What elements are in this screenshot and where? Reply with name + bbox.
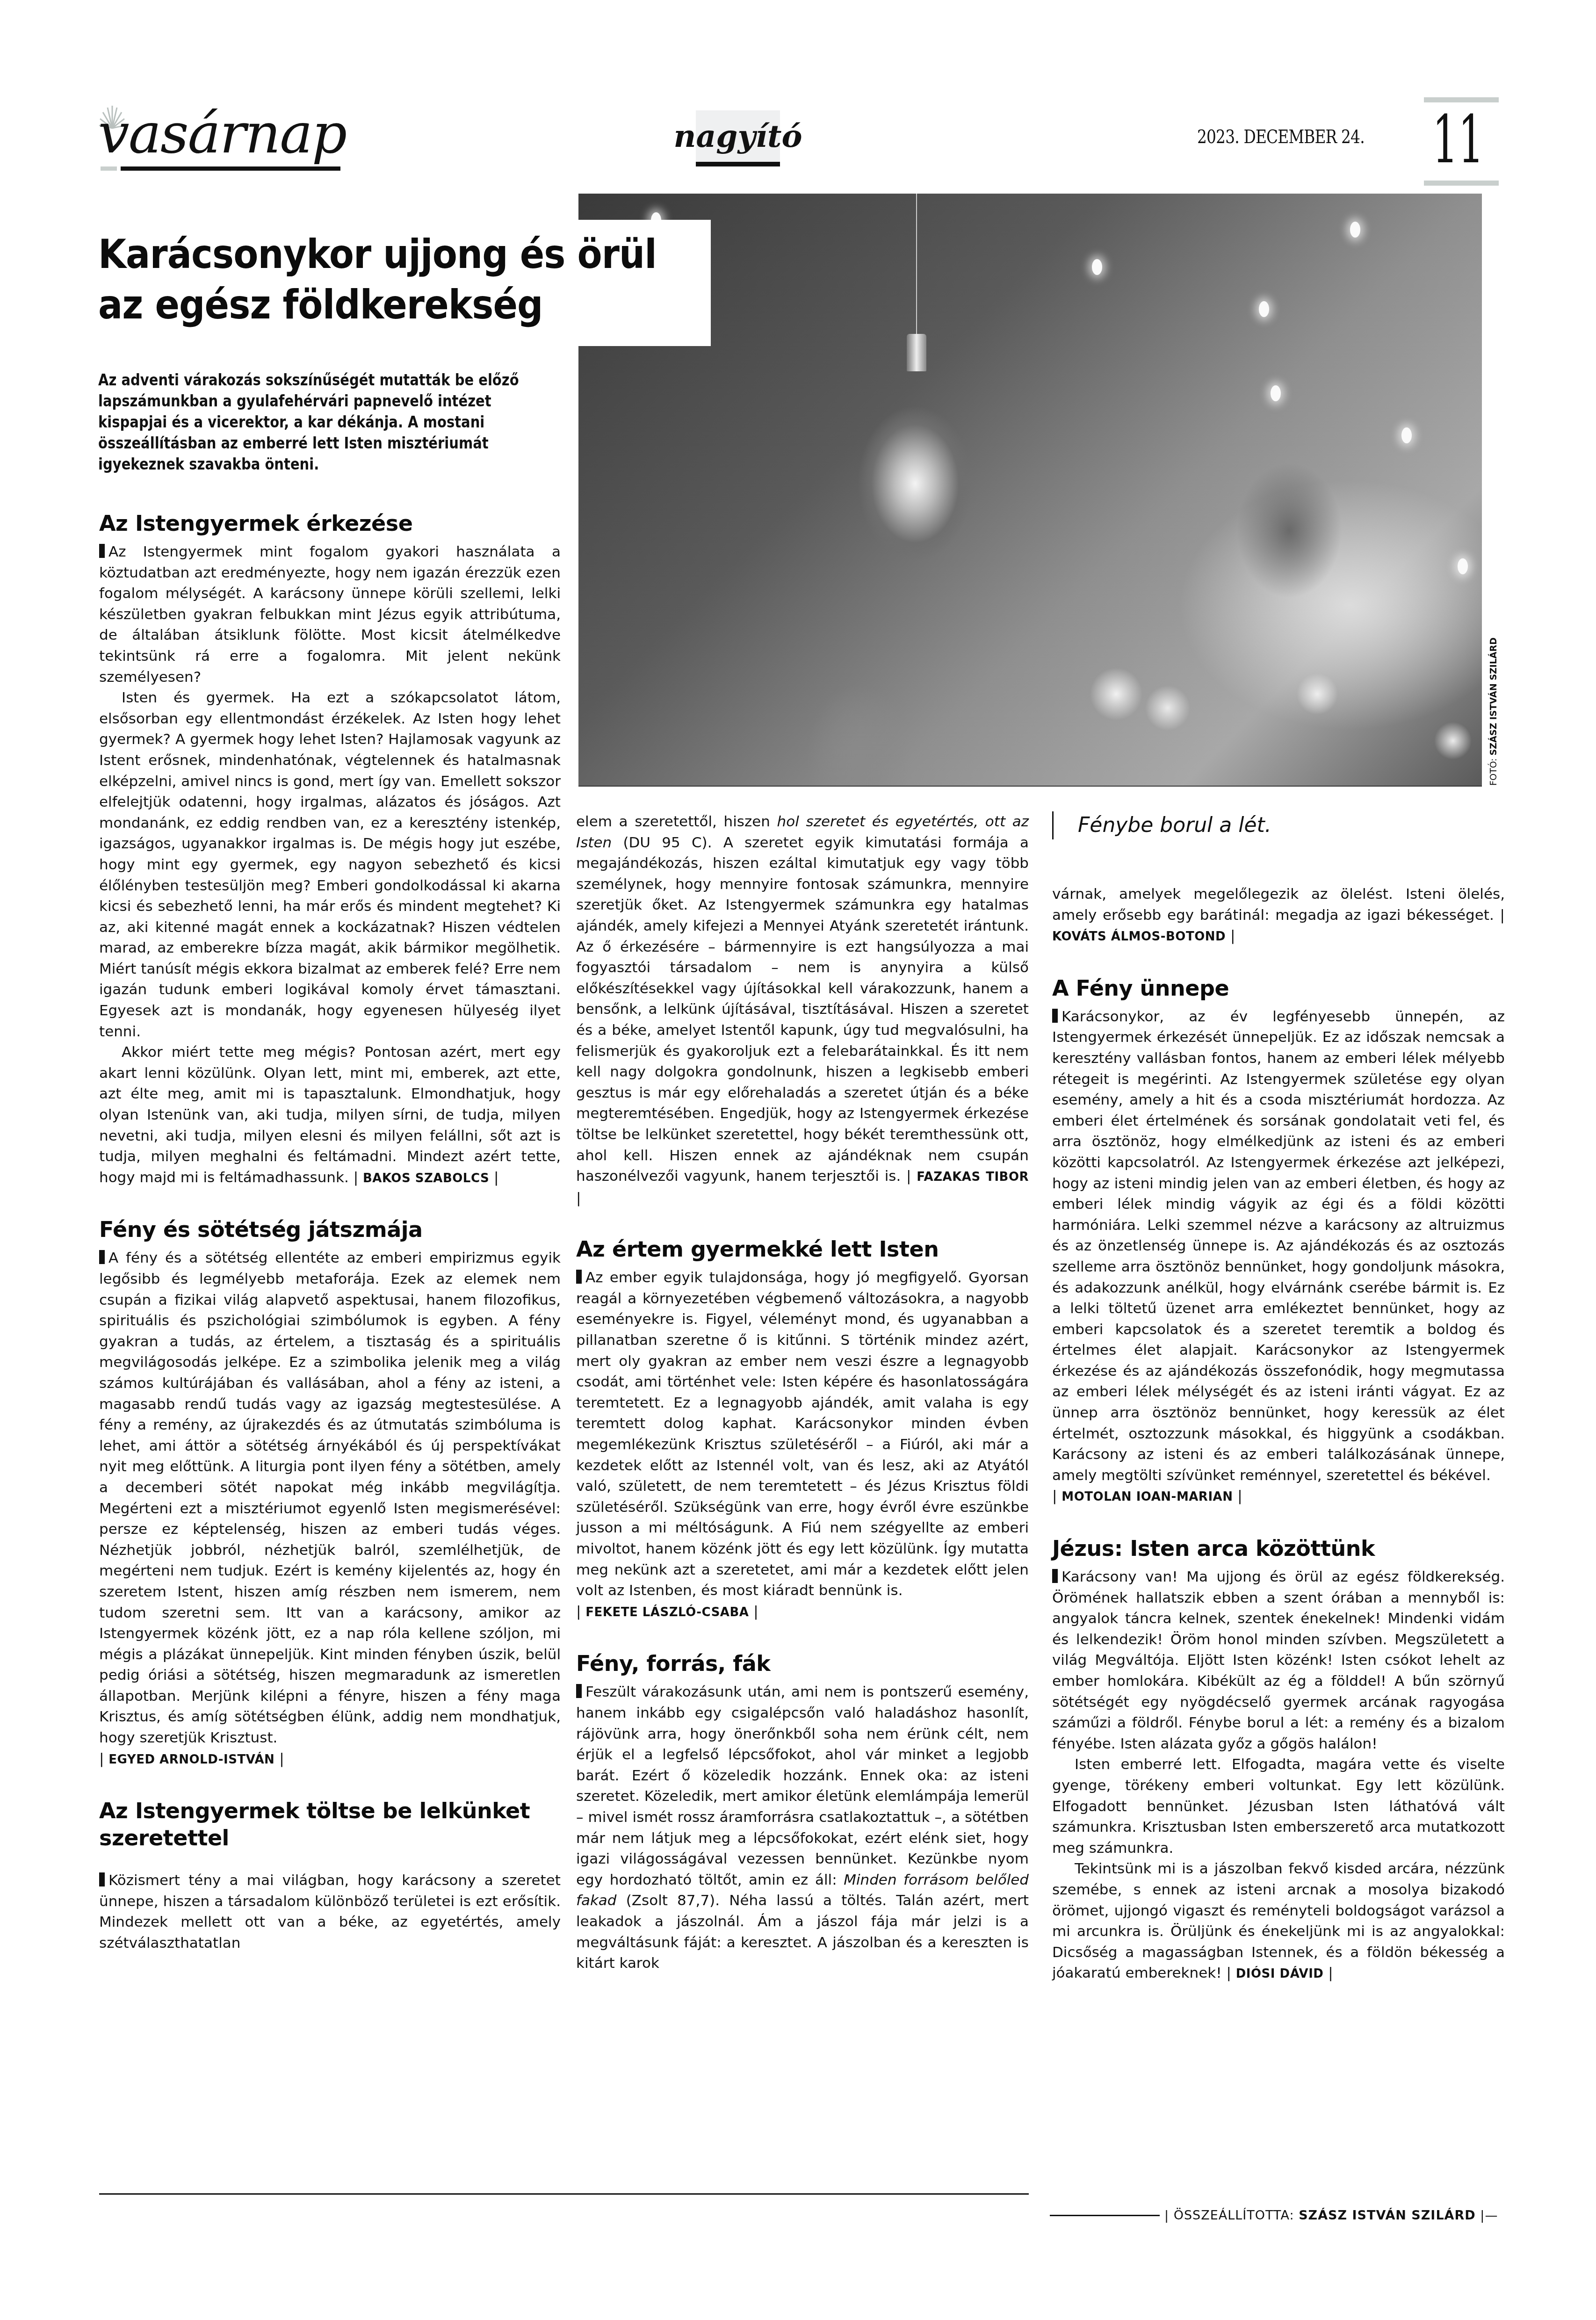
masthead-rule	[121, 166, 340, 171]
masthead-rule-grey	[101, 166, 117, 171]
author-byline: EGYED ARNOLD-ISTVÁN	[108, 1753, 274, 1767]
section-heading: Az Istengyermek töltse be lelkünket szer…	[99, 1797, 561, 1851]
compiled-label: ÖSSZEÁLLÍTOTTA:	[1174, 2208, 1294, 2223]
paragraph-marker-icon	[1052, 1569, 1058, 1583]
fairy-light	[1259, 301, 1269, 317]
headline: Karácsonykor ujjong és örül az egész föl…	[98, 229, 657, 330]
byline-line: | FEKETE LÁSZLÓ-CSABA |	[576, 1601, 1029, 1623]
paragraph: Tekintsünk mi is a jászolban fekvő kisde…	[1052, 1858, 1505, 1985]
headline-line-2: az egész földkerekség	[98, 282, 543, 328]
column-2: elem a szeretettől, hiszen hol szeretet …	[576, 811, 1029, 1974]
christmas-ornament-photo	[578, 194, 1482, 787]
byline-line: | MOTOLAN IOAN-MARIAN |	[1052, 1486, 1505, 1508]
headline-line-1: Karácsonykor ujjong és örül	[98, 231, 657, 278]
section-heading: Az Istengyermek érkezése	[99, 510, 561, 537]
fairy-light	[1092, 259, 1102, 275]
page-number: 11	[1432, 108, 1484, 173]
section-feny-es-sotetseg: Fény és sötétség játszmája A fény és a s…	[99, 1216, 561, 1770]
paragraph-continued: várnak, amelyek megelőlegezik az ölelést…	[1052, 884, 1505, 947]
bottom-rule-left	[99, 2193, 1029, 2195]
headline-box: Karácsonykor ujjong és örül az egész föl…	[89, 220, 711, 346]
compiled-name: SZÁSZ ISTVÁN SZILÁRD	[1299, 2208, 1476, 2223]
fairy-light	[1401, 427, 1412, 443]
paragraph: Isten emberré lett. Elfogadta, magára ve…	[1052, 1754, 1505, 1858]
section-heading: Az értem gyermekké lett Isten	[576, 1236, 1029, 1263]
pull-quote: Fénybe borul a lét.	[1052, 811, 1271, 839]
author-byline: KOVÁTS ÁLMOS-BOTOND	[1052, 930, 1226, 944]
section-jezus-isten-arca: Jézus: Isten arca közöttünk Karácsony va…	[1052, 1535, 1505, 1985]
paragraph: Az Istengyermek mint fogalom gyakori has…	[99, 542, 561, 687]
photo-credit-label: FOTÓ:	[1488, 758, 1499, 786]
section-tag: nagyító	[696, 110, 780, 166]
paragraph-continued: elem a szeretettől, hiszen hol szeretet …	[576, 811, 1029, 1208]
column-3: várnak, amelyek megelőlegezik az ölelést…	[1052, 884, 1505, 1985]
paragraph: Karácsonykor, az év legfényesebb ünnepén…	[1052, 1006, 1505, 1486]
masthead: vasárnap	[98, 104, 341, 165]
section-feny-forras-fak: Fény, forrás, fák Feszült várakozásunk u…	[576, 1650, 1029, 1973]
author-byline: BAKOS SZABOLCS	[363, 1171, 489, 1185]
section-heading: Fény és sötétség játszmája	[99, 1216, 561, 1243]
paragraph: Isten és gyermek. Ha ezt a szókapcsolato…	[99, 687, 561, 1042]
author-byline: DIÓSI DÁVID	[1236, 1967, 1324, 1981]
paragraph: Feszült várakozásunk után, ami nem is po…	[576, 1682, 1029, 1973]
paragraph-marker-icon	[576, 1270, 582, 1284]
photo-credit: FOTÓ: SZÁSZ ISTVÁN SZILÁRD	[1488, 608, 1502, 786]
issue-date: 2023. DECEMBER 24.	[1197, 126, 1365, 148]
fairy-light	[1458, 558, 1468, 574]
paragraph: Közismert tény a mai világban, hogy kará…	[99, 1870, 561, 1953]
paragraph: Karácsony van! Ma ujjong és örül az egés…	[1052, 1567, 1505, 1754]
section-istengyermek-toltse-be: Az Istengyermek töltse be lelkünket szer…	[99, 1797, 561, 1953]
author-byline: MOTOLAN IOAN-MARIAN	[1062, 1490, 1233, 1504]
section-label: nagyító	[674, 118, 802, 154]
paragraph: Akkor miért tette meg mégis? Pontosan az…	[99, 1042, 561, 1189]
compiled-by: | ÖSSZEÁLLÍTOTTA: SZÁSZ ISTVÁN SZILÁRD |…	[1164, 2208, 1498, 2223]
author-byline: FEKETE LÁSZLÓ-CSABA	[585, 1605, 749, 1619]
fairy-light	[1271, 385, 1281, 401]
page-number-box: 11	[1424, 97, 1499, 186]
masthead-logo: vasárnap	[98, 106, 346, 161]
section-istengyermek-erkezese: Az Istengyermek érkezése Az Istengyermek…	[99, 510, 561, 1189]
section-heading: A Fény ünnepe	[1052, 975, 1505, 1002]
ornament-cap	[907, 334, 926, 371]
paragraph-marker-icon	[99, 1250, 105, 1264]
column-1: Az Istengyermek érkezése Az Istengyermek…	[99, 510, 561, 1954]
page-number-bar-bottom	[1424, 181, 1499, 186]
section-ertem-gyermekke: Az értem gyermekké lett Isten Az ember e…	[576, 1236, 1029, 1623]
photo-credit-name: SZÁSZ ISTVÁN SZILÁRD	[1488, 637, 1499, 755]
paragraph: Az ember egyik tulajdonsága, hogy jó meg…	[576, 1267, 1029, 1601]
author-byline: FAZAKAS TIBOR	[917, 1170, 1029, 1184]
paragraph-marker-icon	[99, 1872, 105, 1886]
paragraph-marker-icon	[576, 1684, 582, 1698]
byline-line: | EGYED ARNOLD-ISTVÁN |	[99, 1749, 561, 1771]
paragraph-marker-icon	[1052, 1009, 1058, 1023]
paragraph-marker-icon	[99, 544, 105, 558]
section-heading: Jézus: Isten arca közöttünk	[1052, 1535, 1505, 1562]
section-feny-unnepe: A Fény ünnepe Karácsonykor, az év legfén…	[1052, 975, 1505, 1508]
fairy-light	[1350, 222, 1360, 238]
lead-paragraph: Az adventi várakozás sokszínűségét mutat…	[98, 369, 547, 475]
ornament-string	[916, 194, 917, 334]
bottom-rule-right	[1050, 2215, 1160, 2216]
paragraph: A fény és a sötétség ellentéte az emberi…	[99, 1248, 561, 1748]
section-heading: Fény, forrás, fák	[576, 1650, 1029, 1677]
